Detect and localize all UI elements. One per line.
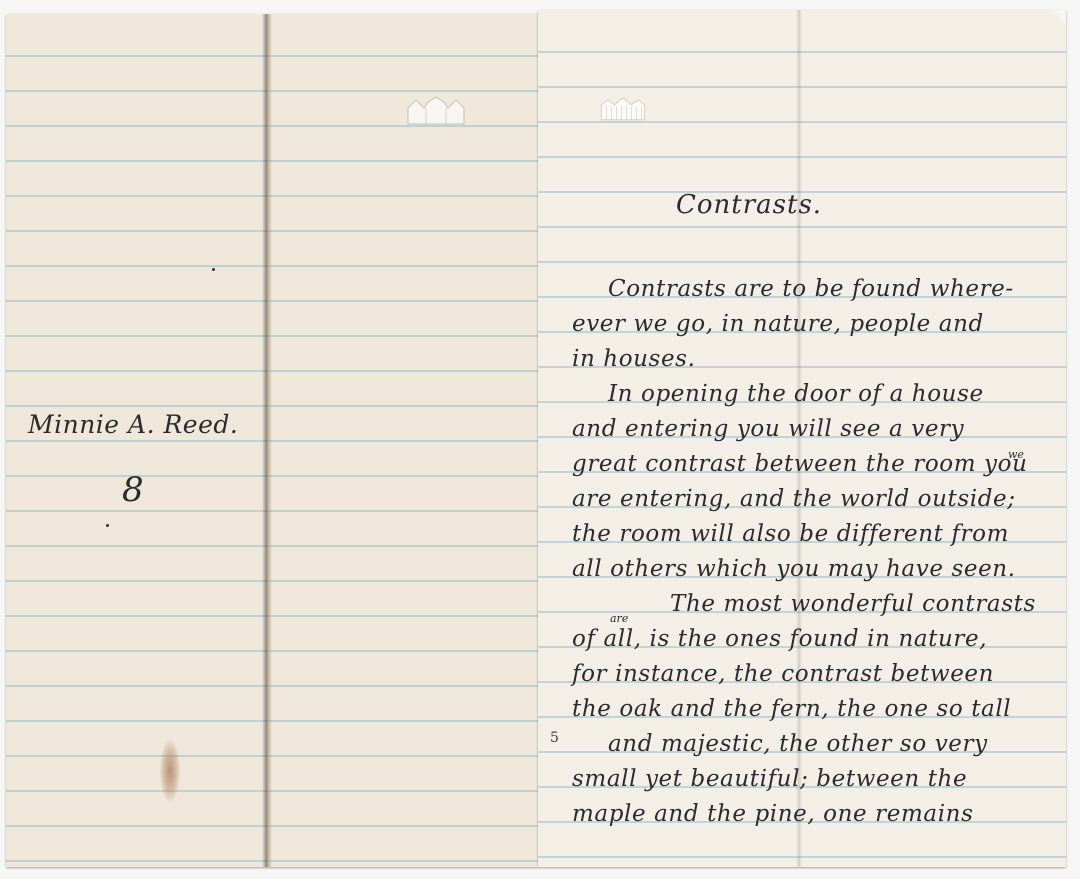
essay-line: all others which you may have seen. (572, 552, 1062, 587)
left-sheet (6, 14, 538, 867)
embossed-stamp-icon (598, 94, 648, 124)
essay-line: are entering, and the world outside; (572, 482, 1062, 517)
essay-line: and majestic, the other so very (572, 727, 1062, 762)
paper-stain (160, 740, 180, 802)
essay-line: of all, is the ones found in nature, (572, 622, 1062, 657)
essay-line: great contrast between the room you (572, 447, 1062, 482)
essay-line: In opening the door of a house (572, 377, 1062, 412)
essay-line: ever we go, in nature, people and (572, 307, 1062, 342)
scanned-document: Minnie A. Reed. 8 Contrasts. Contrasts a… (0, 0, 1080, 879)
essay-line: the room will also be different from (572, 517, 1062, 552)
embossed-stamp-icon (406, 96, 466, 126)
ink-dot (212, 268, 215, 271)
essay-line: in houses. (572, 342, 1062, 377)
margin-mark: 5 (550, 730, 559, 746)
correction-insertion: are (610, 612, 628, 625)
essay-title: Contrasts. (676, 190, 822, 220)
essay-line: small yet beautiful; between the (572, 762, 1062, 797)
author-signature: Minnie A. Reed. (28, 410, 238, 439)
essay-line: the oak and the fern, the one so tall (572, 692, 1062, 727)
torn-corner (1052, 10, 1066, 24)
essay-line: maple and the pine, one remains (572, 797, 1062, 832)
ink-dot (106, 524, 109, 527)
essay-line: for instance, the contrast between (572, 657, 1062, 692)
essay-line: The most wonderful contrasts (572, 587, 1062, 622)
essay-line: and entering you will see a very (572, 412, 1062, 447)
essay-body: Contrasts are to be found where- ever we… (572, 272, 1062, 832)
number-mark: 8 (122, 470, 144, 510)
correction-overwrite: we (1008, 448, 1024, 461)
essay-line: Contrasts are to be found where- (572, 272, 1062, 307)
center-fold-left (262, 14, 272, 867)
